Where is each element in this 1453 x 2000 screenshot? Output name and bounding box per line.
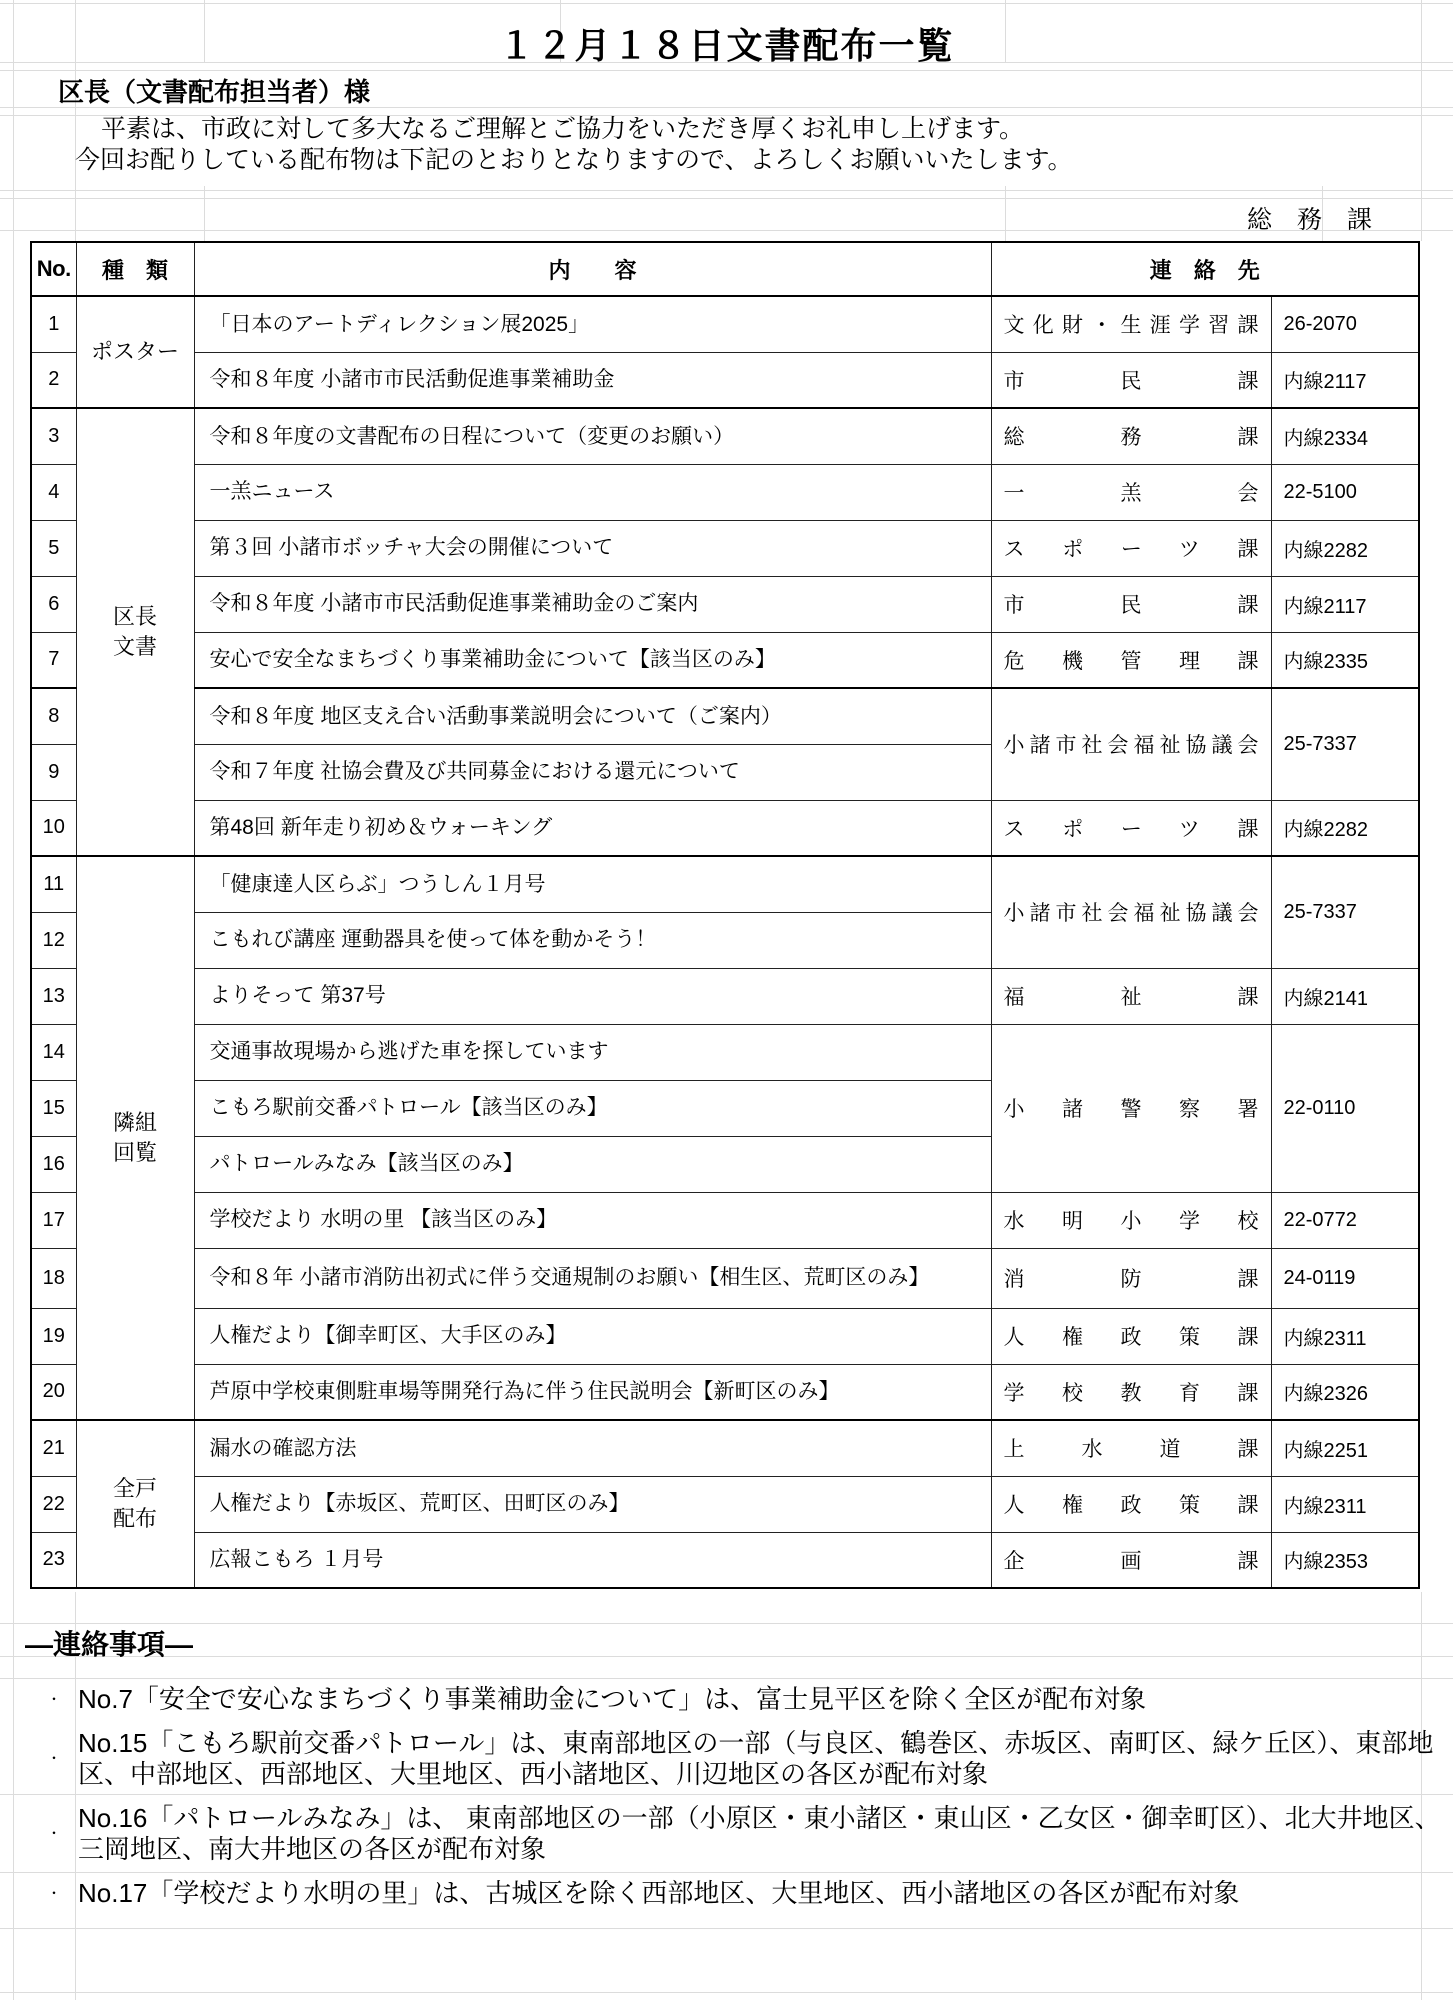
phone-cell: 内線2353 bbox=[1271, 1532, 1419, 1588]
row-number-cell: 17 bbox=[31, 1192, 76, 1248]
row-number-cell: 8 bbox=[31, 688, 76, 744]
gridline bbox=[0, 1992, 1453, 1993]
department-cell: 小諸市社会福祉協議会 bbox=[991, 856, 1271, 968]
gridline bbox=[0, 1678, 1453, 1679]
content-cell: 令和８年 小諸市消防出初式に伴う交通規制のお願い【相生区、荒町区のみ】 bbox=[194, 1248, 991, 1308]
row-number-cell: 2 bbox=[31, 352, 76, 408]
table-row: 5第３回 小諸市ボッチャ大会の開催についてスポーツ課内線2282 bbox=[31, 520, 1419, 576]
content-cell: パトロールみなみ【該当区のみ】 bbox=[194, 1136, 991, 1192]
phone-cell: 内線2326 bbox=[1271, 1364, 1419, 1420]
table-row: 14交通事故現場から逃げた車を探しています小諸警察署22-0110 bbox=[31, 1024, 1419, 1080]
note-text: No.15「こもろ駅前交番パトロール」は、東南部地区の一部（与良区、鶴巻区、赤坂… bbox=[78, 1728, 1433, 1789]
content-cell: 一羔ニュース bbox=[194, 464, 991, 520]
content-cell: 人権だより【御幸町区、大手区のみ】 bbox=[194, 1308, 991, 1364]
col-header-no: No. bbox=[31, 242, 76, 296]
table-row: 17学校だより 水明の里 【該当区のみ】水明小学校22-0772 bbox=[31, 1192, 1419, 1248]
col-header-content: 内 容 bbox=[194, 242, 991, 296]
row-number-cell: 23 bbox=[31, 1532, 76, 1588]
department-cell: 消防課 bbox=[991, 1248, 1271, 1308]
phone-cell: 24-0119 bbox=[1271, 1248, 1419, 1308]
content-cell: 令和８年度の文書配布の日程について（変更のお願い） bbox=[194, 408, 991, 464]
content-cell: 第48回 新年走り初め＆ウォーキング bbox=[194, 800, 991, 856]
bullet-icon: ・ bbox=[47, 1819, 61, 1850]
phone-cell: 22-0110 bbox=[1271, 1024, 1419, 1192]
note-text: No.17「学校だより水明の里」は、古城区を除く西部地区、大里地区、西小諸地区の… bbox=[78, 1878, 1239, 1908]
gridline bbox=[0, 1623, 1453, 1624]
content-cell: 広報こもろ １月号 bbox=[194, 1532, 991, 1588]
table-row: 8令和８年度 地区支え合い活動事業説明会について（ご案内）小諸市社会福祉協議会2… bbox=[31, 688, 1419, 744]
note-item: ・No.17「学校だより水明の里」は、古城区を除く西部地区、大里地区、西小諸地区… bbox=[45, 1878, 1447, 1909]
department-cell: 小諸市社会福祉協議会 bbox=[991, 688, 1271, 800]
gridline bbox=[0, 198, 1453, 199]
gridline bbox=[0, 190, 1453, 191]
phone-cell: 内線2251 bbox=[1271, 1420, 1419, 1476]
department-cell: 一羔会 bbox=[991, 464, 1271, 520]
phone-cell: 22-5100 bbox=[1271, 464, 1419, 520]
row-number-cell: 7 bbox=[31, 632, 76, 688]
row-number-cell: 6 bbox=[31, 576, 76, 632]
row-number-cell: 1 bbox=[31, 296, 76, 352]
phone-cell: 内線2311 bbox=[1271, 1308, 1419, 1364]
department-cell: 人権政策課 bbox=[991, 1476, 1271, 1532]
phone-cell: 26-2070 bbox=[1271, 296, 1419, 352]
bullet-icon: ・ bbox=[47, 1878, 61, 1909]
department-cell: 市民課 bbox=[991, 576, 1271, 632]
row-number-cell: 18 bbox=[31, 1248, 76, 1308]
row-number-cell: 16 bbox=[31, 1136, 76, 1192]
notes-title: —連絡事項— bbox=[25, 1623, 193, 1663]
department-cell: 水明小学校 bbox=[991, 1192, 1271, 1248]
category-cell: 区長 文書 bbox=[76, 408, 194, 856]
table-row: 20芦原中学校東側駐車場等開発行為に伴う住民説明会【新町区のみ】学校教育課内線2… bbox=[31, 1364, 1419, 1420]
table-row: 19人権だより【御幸町区、大手区のみ】人権政策課内線2311 bbox=[31, 1308, 1419, 1364]
row-number-cell: 10 bbox=[31, 800, 76, 856]
row-number-cell: 15 bbox=[31, 1080, 76, 1136]
department-cell: 人権政策課 bbox=[991, 1308, 1271, 1364]
row-number-cell: 13 bbox=[31, 968, 76, 1024]
table-row: 1ポスター「日本のアートディレクション展2025」文化財・生涯学習課26-207… bbox=[31, 296, 1419, 352]
phone-cell: 25-7337 bbox=[1271, 856, 1419, 968]
row-number-cell: 14 bbox=[31, 1024, 76, 1080]
department-cell: スポーツ課 bbox=[991, 800, 1271, 856]
content-cell: 令和８年度 小諸市市民活動促進事業補助金のご案内 bbox=[194, 576, 991, 632]
content-cell: 漏水の確認方法 bbox=[194, 1420, 991, 1476]
content-cell: よりそって 第37号 bbox=[194, 968, 991, 1024]
gridline bbox=[13, 0, 14, 2000]
phone-cell: 内線2117 bbox=[1271, 576, 1419, 632]
phone-cell: 25-7337 bbox=[1271, 688, 1419, 800]
phone-cell: 内線2117 bbox=[1271, 352, 1419, 408]
department-cell: 学校教育課 bbox=[991, 1364, 1271, 1420]
table-row: 22人権だより【赤坂区、荒町区、田町区のみ】人権政策課内線2311 bbox=[31, 1476, 1419, 1532]
phone-cell: 内線2334 bbox=[1271, 408, 1419, 464]
table-row: 7安心で安全なまちづくり事業補助金について【該当区のみ】危機管理課内線2335 bbox=[31, 632, 1419, 688]
department-cell: スポーツ課 bbox=[991, 520, 1271, 576]
table-row: 2令和８年度 小諸市市民活動促進事業補助金市民課内線2117 bbox=[31, 352, 1419, 408]
bullet-icon: ・ bbox=[47, 1744, 61, 1775]
issuing-department: 総 務 課 bbox=[0, 200, 1372, 236]
col-header-kind: 種 類 bbox=[76, 242, 194, 296]
table-body: 1ポスター「日本のアートディレクション展2025」文化財・生涯学習課26-207… bbox=[31, 296, 1419, 1588]
note-item: ・No.15「こもろ駅前交番パトロール」は、東南部地区の一部（与良区、鶴巻区、赤… bbox=[45, 1728, 1447, 1790]
document-page: １２月１８日文書配布一覧 区長（文書配布担当者）様 平素は、市政に対して多大なる… bbox=[0, 0, 1453, 2000]
phone-cell: 内線2282 bbox=[1271, 800, 1419, 856]
table-row: 18令和８年 小諸市消防出初式に伴う交通規制のお願い【相生区、荒町区のみ】消防課… bbox=[31, 1248, 1419, 1308]
content-cell: 令和７年度 社協会費及び共同募金における還元について bbox=[194, 744, 991, 800]
department-cell: 企画課 bbox=[991, 1532, 1271, 1588]
content-cell: 安心で安全なまちづくり事業補助金について【該当区のみ】 bbox=[194, 632, 991, 688]
row-number-cell: 22 bbox=[31, 1476, 76, 1532]
table-row: 21全戸 配布漏水の確認方法上水道課内線2251 bbox=[31, 1420, 1419, 1476]
row-number-cell: 9 bbox=[31, 744, 76, 800]
table-row: 11隣組 回覧「健康達人区らぶ」つうしん１月号小諸市社会福祉協議会25-7337 bbox=[31, 856, 1419, 912]
table-row: 13よりそって 第37号福祉課内線2141 bbox=[31, 968, 1419, 1024]
note-text: No.16「パトロールみなみ」は、 東南部地区の一部（小原区・東小諸区・東山区・… bbox=[78, 1803, 1441, 1864]
distribution-table: No. 種 類 内 容 連 絡 先 1ポスター「日本のアートディレクション展20… bbox=[30, 241, 1420, 1589]
content-cell: 令和８年度 小諸市市民活動促進事業補助金 bbox=[194, 352, 991, 408]
department-cell: 危機管理課 bbox=[991, 632, 1271, 688]
row-number-cell: 12 bbox=[31, 912, 76, 968]
row-number-cell: 3 bbox=[31, 408, 76, 464]
greeting-line-2: 今回お配りしている配布物は下記のとおりとなりますので、よろしくお願いいたします。 bbox=[75, 145, 1073, 176]
note-text: No.7「安全で安心なまちづくり事業補助金について」は、富士見平区を除く全区が配… bbox=[78, 1684, 1146, 1714]
gridline bbox=[0, 3, 1453, 4]
department-cell: 小諸警察署 bbox=[991, 1024, 1271, 1192]
greeting: 平素は、市政に対して多大なるご理解とご協力をいただき厚くお礼申し上げます。 今回… bbox=[75, 114, 1073, 176]
phone-cell: 内線2335 bbox=[1271, 632, 1419, 688]
content-cell: 交通事故現場から逃げた車を探しています bbox=[194, 1024, 991, 1080]
note-item: ・No.16「パトロールみなみ」は、 東南部地区の一部（小原区・東小諸区・東山区… bbox=[45, 1803, 1447, 1865]
content-cell: こもれび講座 運動器具を使って体を動かそう！ bbox=[194, 912, 991, 968]
phone-cell: 内線2282 bbox=[1271, 520, 1419, 576]
table-row: 4一羔ニュース一羔会22-5100 bbox=[31, 464, 1419, 520]
table-row: 23広報こもろ １月号企画課内線2353 bbox=[31, 1532, 1419, 1588]
content-cell: 人権だより【赤坂区、荒町区、田町区のみ】 bbox=[194, 1476, 991, 1532]
content-cell: こもろ駅前交番パトロール【該当区のみ】 bbox=[194, 1080, 991, 1136]
phone-cell: 内線2141 bbox=[1271, 968, 1419, 1024]
category-cell: 隣組 回覧 bbox=[76, 856, 194, 1420]
department-cell: 総務課 bbox=[991, 408, 1271, 464]
phone-cell: 22-0772 bbox=[1271, 1192, 1419, 1248]
gridline bbox=[0, 1928, 1453, 1929]
category-cell: 全戸 配布 bbox=[76, 1420, 194, 1588]
content-cell: 「健康達人区らぶ」つうしん１月号 bbox=[194, 856, 991, 912]
row-number-cell: 19 bbox=[31, 1308, 76, 1364]
table-row: 3区長 文書令和８年度の文書配布の日程について（変更のお願い）総務課内線2334 bbox=[31, 408, 1419, 464]
category-cell: ポスター bbox=[76, 296, 194, 408]
page-title: １２月１８日文書配布一覧 bbox=[0, 18, 1453, 69]
row-number-cell: 21 bbox=[31, 1420, 76, 1476]
content-cell: 学校だより 水明の里 【該当区のみ】 bbox=[194, 1192, 991, 1248]
notes-list: ・No.7「安全で安心なまちづくり事業補助金について」は、富士見平区を除く全区が… bbox=[45, 1684, 1447, 1922]
row-number-cell: 5 bbox=[31, 520, 76, 576]
greeting-line-1: 平素は、市政に対して多大なるご理解とご協力をいただき厚くお礼申し上げます。 bbox=[75, 114, 1073, 145]
department-cell: 上水道課 bbox=[991, 1420, 1271, 1476]
table-row: 10第48回 新年走り初め＆ウォーキングスポーツ課内線2282 bbox=[31, 800, 1419, 856]
note-item: ・No.7「安全で安心なまちづくり事業補助金について」は、富士見平区を除く全区が… bbox=[45, 1684, 1447, 1715]
phone-cell: 内線2311 bbox=[1271, 1476, 1419, 1532]
row-number-cell: 20 bbox=[31, 1364, 76, 1420]
gridline bbox=[0, 70, 1453, 71]
row-number-cell: 4 bbox=[31, 464, 76, 520]
content-cell: 芦原中学校東側駐車場等開発行為に伴う住民説明会【新町区のみ】 bbox=[194, 1364, 991, 1420]
department-cell: 文化財・生涯学習課 bbox=[991, 296, 1271, 352]
content-cell: 「日本のアートディレクション展2025」 bbox=[194, 296, 991, 352]
bullet-icon: ・ bbox=[47, 1684, 61, 1715]
table-header-row: No. 種 類 内 容 連 絡 先 bbox=[31, 242, 1419, 296]
content-cell: 第３回 小諸市ボッチャ大会の開催について bbox=[194, 520, 991, 576]
gridline bbox=[0, 1656, 1453, 1657]
content-cell: 令和８年度 地区支え合い活動事業説明会について（ご案内） bbox=[194, 688, 991, 744]
department-cell: 市民課 bbox=[991, 352, 1271, 408]
col-header-contact: 連 絡 先 bbox=[991, 242, 1419, 296]
department-cell: 福祉課 bbox=[991, 968, 1271, 1024]
row-number-cell: 11 bbox=[31, 856, 76, 912]
addressee-line: 区長（文書配布担当者）様 bbox=[58, 72, 370, 109]
table-row: 6令和８年度 小諸市市民活動促進事業補助金のご案内市民課内線2117 bbox=[31, 576, 1419, 632]
